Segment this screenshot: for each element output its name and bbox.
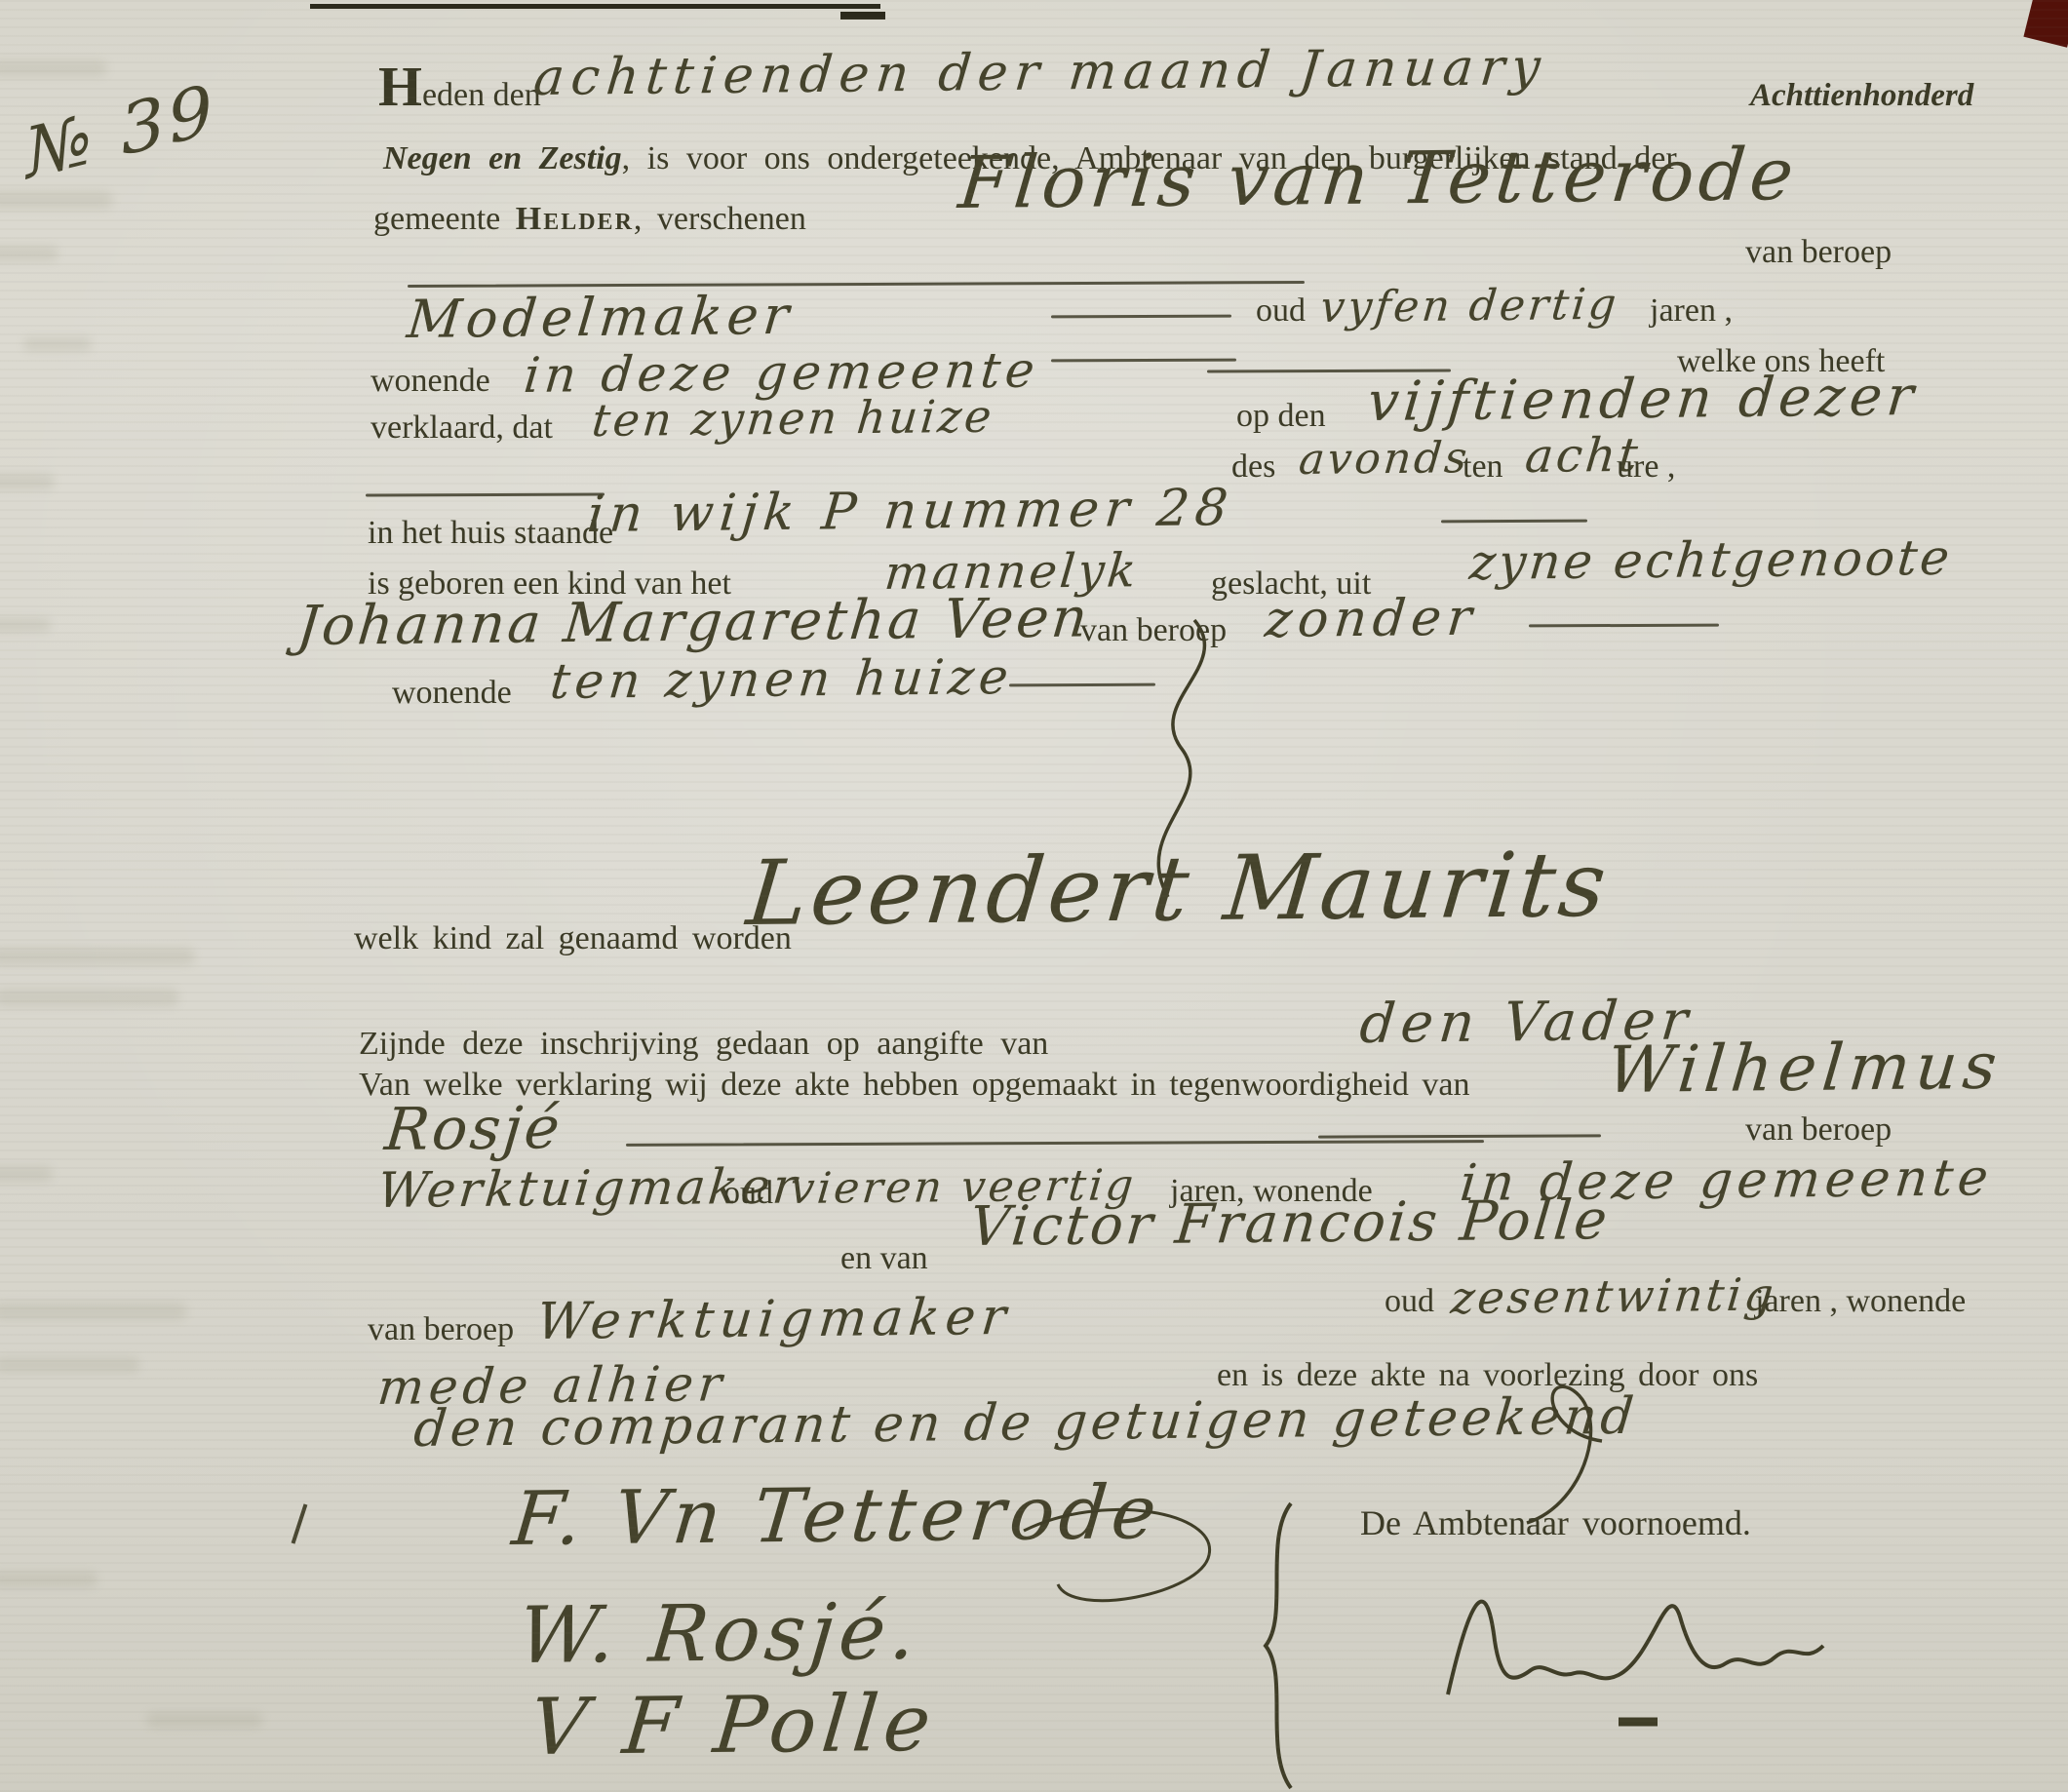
witness2-age-handwritten: zesentwintig — [1449, 1270, 1778, 1323]
bleed-through-mark — [0, 1572, 98, 1587]
house-location-handwritten: in wijk P nummer 28 — [585, 481, 1236, 543]
declarant-name-handwritten: Floris van Tetterode — [956, 136, 1802, 223]
bleed-through-mark — [0, 60, 107, 76]
child-name-label: welk kind zal genaamd worden — [354, 920, 792, 956]
bleed-through-mark — [0, 1357, 140, 1373]
top-rule-remnant-short — [840, 12, 885, 19]
jaren-label-1: jaren , — [1650, 292, 1733, 329]
year-printed-2: Negen en Zestig — [383, 140, 622, 176]
beroep-label-3: van beroep — [1745, 1111, 1892, 1148]
act-number: № 39 — [21, 71, 220, 192]
corner-stain — [2023, 0, 2068, 48]
mother-occupation-handwritten: zonder — [1263, 591, 1480, 648]
registration-date-handwritten: achttienden der maand January — [531, 40, 1549, 106]
oud-label-1: oud — [1256, 292, 1306, 329]
signature-witness2: V F Polle — [527, 1681, 940, 1771]
jaren-label-3: jaren , wonende — [1755, 1283, 1966, 1319]
bleed-through-mark — [0, 246, 59, 261]
spouse-handwritten: zyne echtgenoote — [1467, 531, 1955, 590]
oud-label-2: oud — [723, 1175, 773, 1211]
filler-rule — [366, 492, 605, 496]
declarant-occupation-handwritten: Modelmaker — [405, 287, 797, 349]
witness1-firstname-handwritten: Wilhelmus — [1604, 1032, 2006, 1107]
ure-label: ure , — [1617, 448, 1675, 485]
intro-label: Heden den — [378, 64, 541, 113]
municipality-suffix: , verschenen — [634, 201, 806, 237]
filler-rule — [1318, 1134, 1601, 1138]
des-label: des — [1231, 448, 1275, 485]
top-rule-remnant — [310, 4, 880, 9]
official-brace — [1250, 1500, 1308, 1792]
municipality-line: gemeente Helder, verschenen — [373, 201, 806, 237]
closing-clause-handwritten: den comparant en de getuigen geteekend — [411, 1389, 1640, 1458]
municipality-name: Helder — [516, 201, 634, 237]
ten-label: ten — [1463, 448, 1503, 485]
bleed-through-mark — [0, 989, 179, 1006]
house-label: in het huis staande — [368, 515, 613, 551]
witness2-name-handwritten: Victor Francois Polle — [967, 1190, 1613, 1257]
beroep-label-1: van beroep — [1745, 234, 1892, 270]
birth-certificate-scan: № 39 Heden den achttienden der maand Jan… — [0, 0, 2068, 1792]
daypart-handwritten: avonds — [1297, 435, 1471, 484]
mother-residence-handwritten: ten zynen huize — [548, 650, 1015, 709]
verklaard-label: verklaard, dat — [371, 409, 553, 446]
official-label: De Ambtenaar voornoemd. — [1360, 1504, 1751, 1543]
bleed-through-mark — [0, 1303, 187, 1320]
filler-rule — [1051, 359, 1236, 363]
beroep-label-4: van beroep — [368, 1311, 514, 1347]
official-signature — [1419, 1548, 1867, 1734]
filler-rule — [626, 1140, 1484, 1147]
filler-rule — [1441, 520, 1587, 524]
witness1-lastname-handwritten: Rosjé — [382, 1096, 566, 1162]
filler-rule — [1529, 624, 1719, 628]
child-name-handwritten: Leendert Maurits — [743, 836, 1614, 943]
wonende-label-1: wonende — [371, 363, 490, 399]
margin-stroke — [292, 1503, 308, 1543]
bleed-through-mark — [0, 948, 195, 965]
oud-label-3: oud — [1385, 1283, 1434, 1319]
aangifte-label: Zijnde deze inschrijving gedaan op aangi… — [359, 1026, 1048, 1062]
wonende-label-2: wonende — [392, 675, 512, 711]
bleed-through-mark — [0, 1166, 53, 1182]
mother-name-handwritten: Johanna Margaretha Veen — [294, 589, 1093, 657]
bleed-through-mark — [0, 618, 51, 632]
witness2-occupation-handwritten: Werktuigmaker — [534, 1290, 1014, 1350]
bleed-through-mark — [0, 474, 55, 489]
bleed-through-mark — [23, 337, 92, 351]
en-van-label: en van — [840, 1240, 928, 1276]
year-printed-1: Achttienhonderd — [1750, 78, 1973, 113]
municipality-prefix: gemeente — [373, 201, 500, 237]
birthplace-handwritten: ten zynen huize — [590, 392, 996, 446]
bleed-through-mark — [146, 1712, 263, 1728]
signature-witness1: W. Rosjé. — [515, 1589, 924, 1679]
filler-rule — [1051, 315, 1231, 319]
birth-day-handwritten: vijftienden dezer — [1365, 367, 1921, 432]
bleed-through-mark — [0, 191, 113, 209]
declarant-age-handwritten: vyfen dertig — [1318, 282, 1620, 332]
op-den-label: op den — [1236, 398, 1326, 434]
signature-flourish — [1014, 1501, 1229, 1628]
